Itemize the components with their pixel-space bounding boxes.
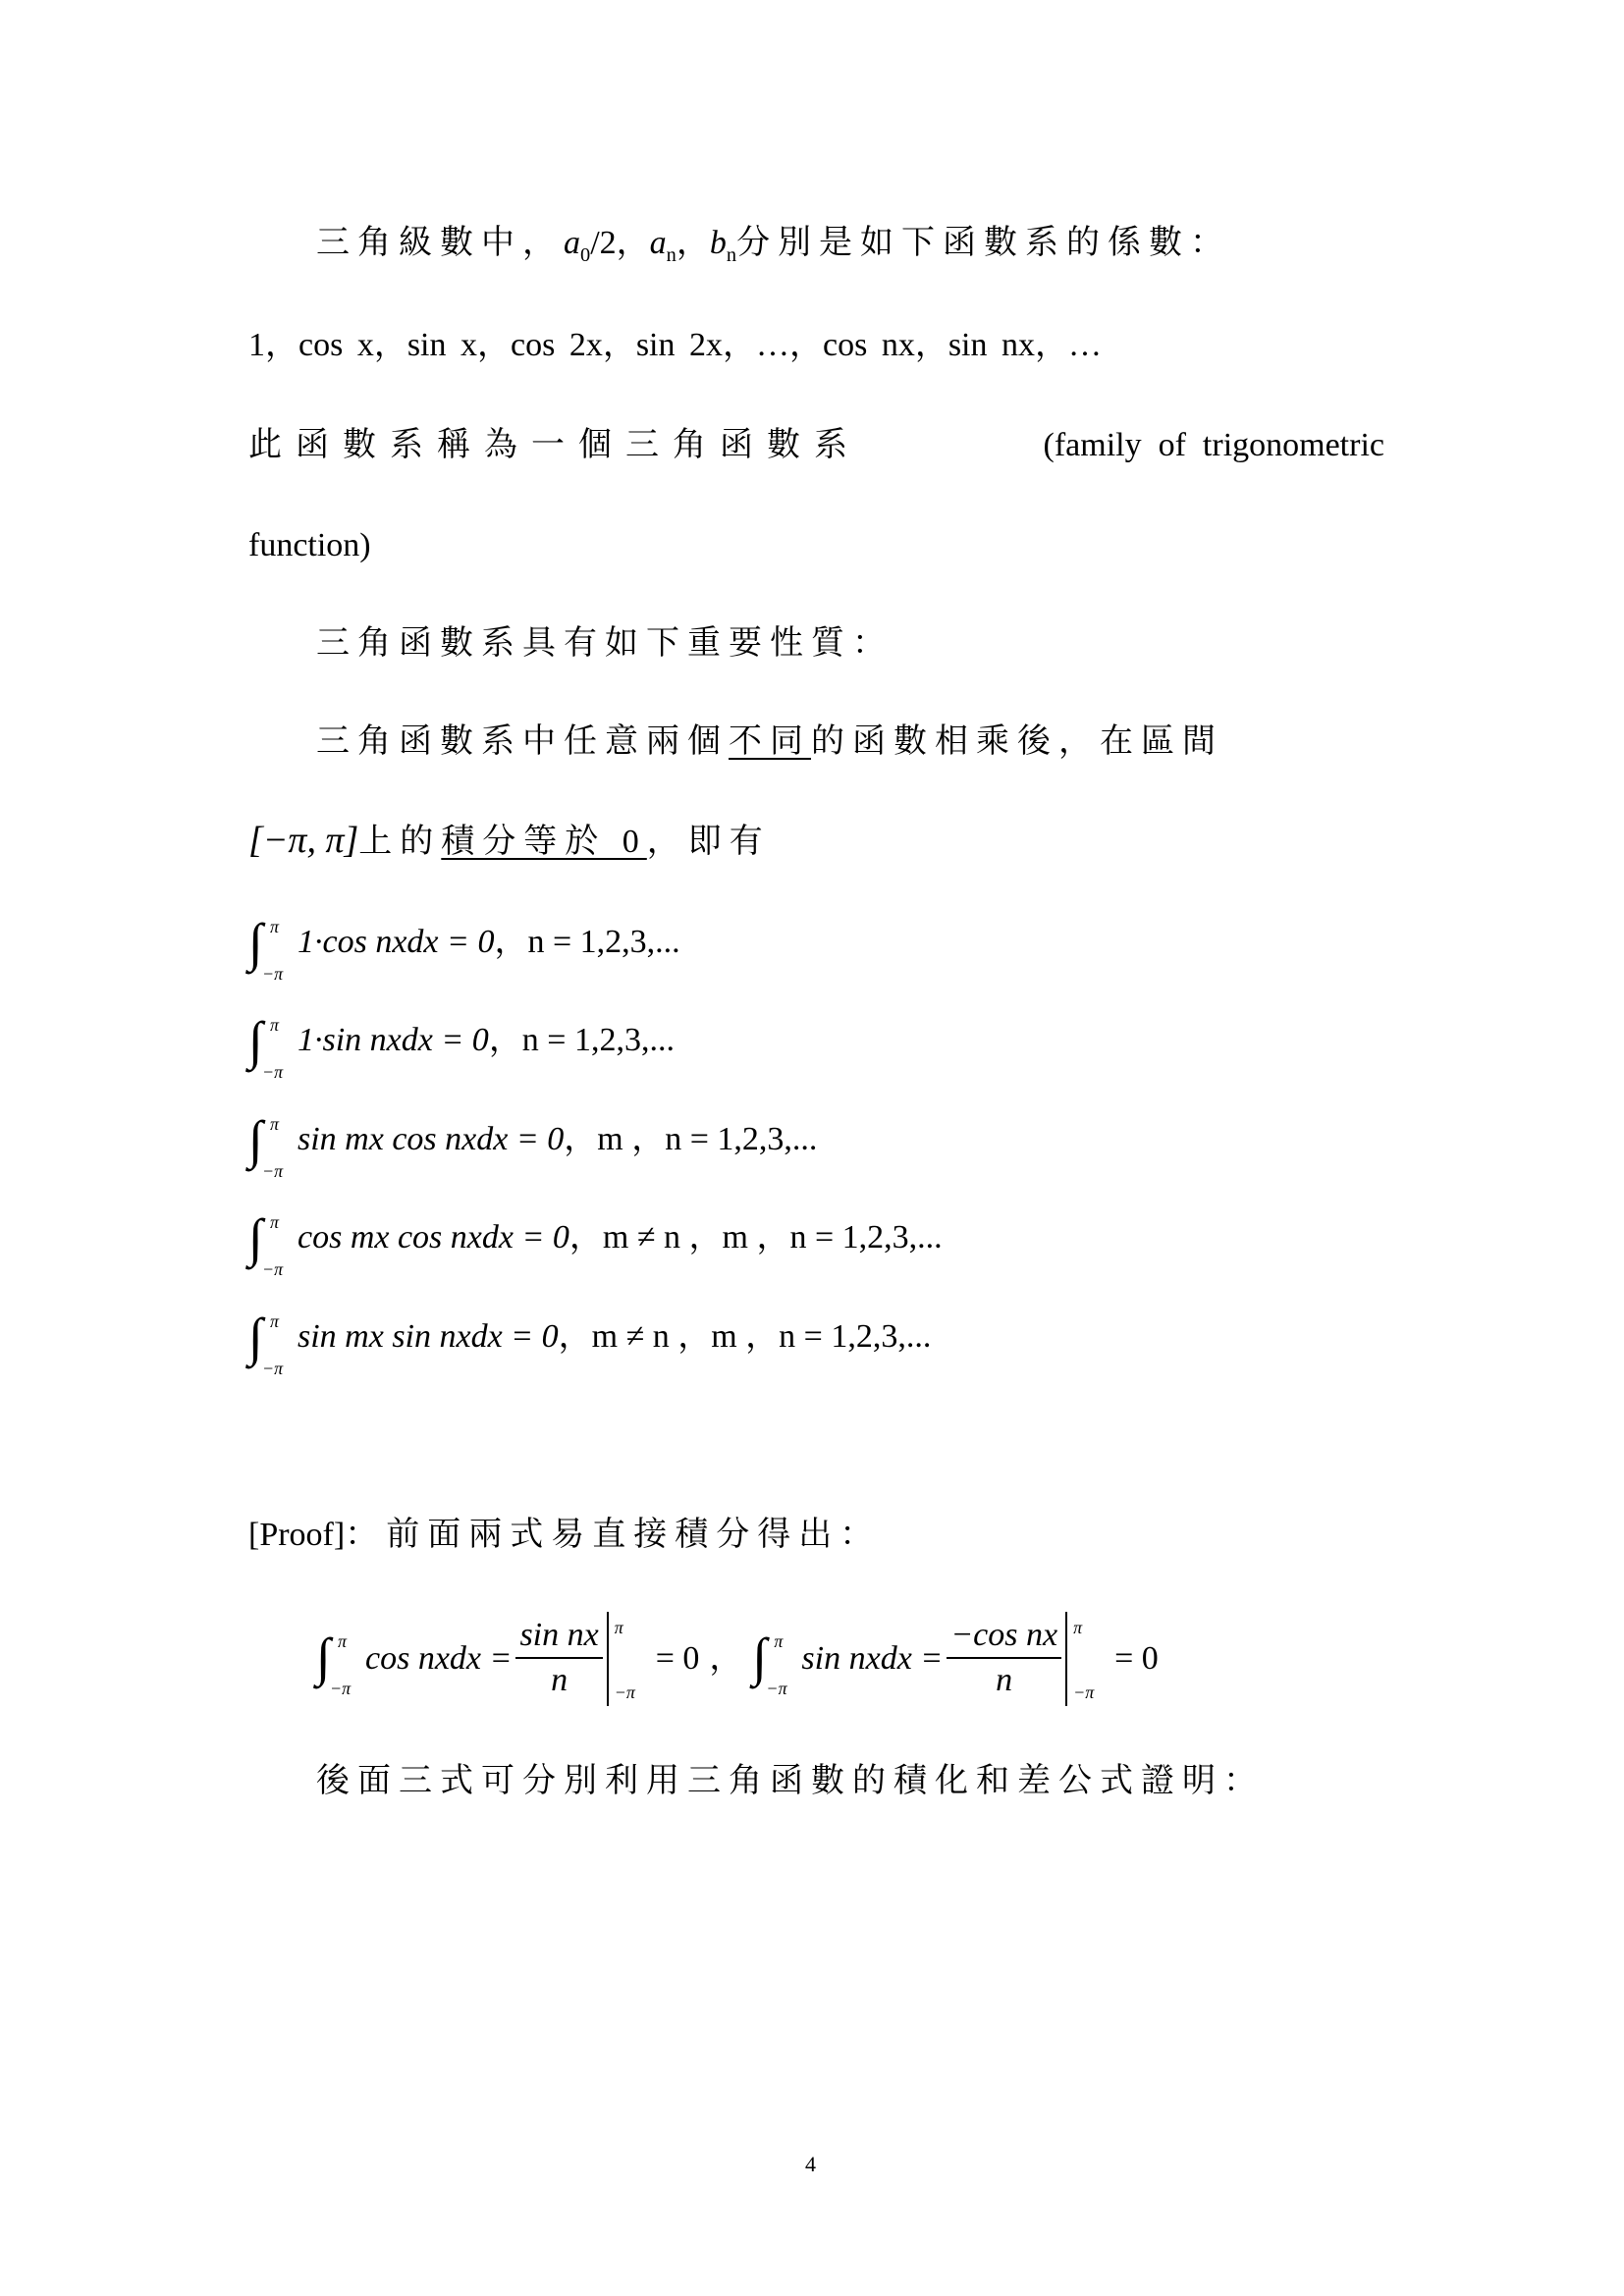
intro-tail: 分別是如下函數系的係數： (736, 225, 1231, 261)
proof-closing: 後面三式可分別利用三角函數的積化和差公式證明： (316, 1762, 1265, 1801)
a0-rest: /2， (590, 225, 649, 261)
proof-formulas: ∫π−π cos nxdx = sin nxn π−π = 0 ， ∫π−π s… (316, 1610, 1159, 1708)
integral-sign-icon: ∫π−π (248, 1220, 298, 1259)
statement-post: 的函數相乘後，在區間 (811, 723, 1223, 760)
condition: ，n = 1,2,3,... (494, 924, 679, 960)
integrand: sin mx sin nxdx = 0 (298, 1318, 559, 1355)
integral-sign-icon: ∫π−π (248, 1122, 298, 1161)
orthogonality-statement: 三角函數系中任意兩個不同的函數相乘後，在區間 (316, 722, 1223, 762)
page-number: 4 (805, 2152, 816, 2177)
integrand: 1·cos nxdx = 0 (298, 924, 494, 960)
condition: ，m ，n = 1,2,3,... (564, 1121, 817, 1157)
separator: ， (677, 225, 710, 261)
evaluation-bar: π−π (1065, 1612, 1107, 1706)
family-definition-en: (family of trigonometric (1044, 426, 1384, 465)
intro-paragraph: 三角級數中，a0/2，an，bn分別是如下函數系的係數： (316, 224, 1231, 275)
interval: [−π, π] (248, 820, 358, 861)
interval-pre: 上的 (358, 824, 441, 860)
property-heading: 三角函數系具有如下重要性質： (316, 624, 893, 664)
integrand: sin mx cos nxdx = 0 (298, 1121, 564, 1157)
interval-statement: [−π, π]上的積分等於 0，即有 (248, 821, 771, 862)
formula1-result: = 0 (656, 1639, 700, 1679)
family-definition-cjk: 此函數系稱為一個三角函數系 (248, 426, 861, 465)
a0-symbol: a (564, 225, 580, 261)
family-definition-line: 此函數系稱為一個三角函數系 (family of trigonometric (248, 426, 1384, 465)
an-subscript: n (667, 244, 677, 266)
formula2-fraction: −cos nxn (947, 1616, 1061, 1702)
integral-row-5: ∫π−πsin mx sin nxdx = 0，m ≠ n ，m ，n = 1,… (248, 1317, 931, 1359)
a0-subscript: 0 (580, 244, 590, 266)
proof-heading: [Proof]：前面兩式易直接積分得出： (248, 1516, 881, 1555)
integrand: cos mx cos nxdx = 0 (298, 1219, 569, 1255)
bn-subscript: n (727, 244, 736, 266)
integral-sign-icon: ∫π−π (248, 925, 298, 964)
an-symbol: a (650, 225, 667, 261)
integral-row-1: ∫π−π1·cos nxdx = 0，n = 1,2,3,... (248, 923, 680, 964)
integral-row-4: ∫π−πcos mx cos nxdx = 0，m ≠ n ，m ，n = 1,… (248, 1218, 943, 1259)
family-definition-continued: function) (248, 526, 371, 565)
condition: ，m ≠ n ，m ，n = 1,2,3,... (559, 1318, 932, 1355)
statement-pre: 三角函數系中任意兩個 (316, 723, 729, 760)
function-family-line: 1，cos x，sin x，cos 2x，sin 2x，…，cos nx，sin… (248, 326, 1102, 365)
proof-text: ：前面兩式易直接積分得出： (345, 1517, 881, 1553)
condition: ，m ≠ n ，m ，n = 1,2,3,... (569, 1219, 943, 1255)
underlined-different: 不同 (729, 723, 811, 760)
intro-lead: 三角級數中， (316, 225, 564, 261)
condition: ，n = 1,2,3,... (489, 1022, 675, 1058)
integral-row-3: ∫π−πsin mx cos nxdx = 0，m ，n = 1,2,3,... (248, 1120, 817, 1161)
integral-sign-icon: ∫π−π (316, 1639, 365, 1679)
integral-sign-icon: ∫π−π (248, 1319, 298, 1359)
formula1-integrand: cos nxdx = (365, 1639, 512, 1679)
proof-label: [Proof] (248, 1517, 345, 1553)
integrand: 1·sin nxdx = 0 (298, 1022, 489, 1058)
integral-row-2: ∫π−π1·sin nxdx = 0，n = 1,2,3,... (248, 1021, 675, 1062)
formula2-result: = 0 (1114, 1639, 1159, 1679)
underlined-integral-zero: 積分等於 0 (441, 824, 647, 860)
bn-symbol: b (710, 225, 727, 261)
interval-post: ，即有 (647, 824, 771, 860)
integral-sign-icon: ∫π−π (752, 1639, 801, 1679)
formula1-fraction: sin nxn (515, 1616, 602, 1702)
integral-sign-icon: ∫π−π (248, 1023, 298, 1062)
evaluation-bar: π−π (607, 1612, 648, 1706)
formula2-integrand: sin nxdx = (801, 1639, 943, 1679)
formula-separator: ， (709, 1639, 742, 1679)
